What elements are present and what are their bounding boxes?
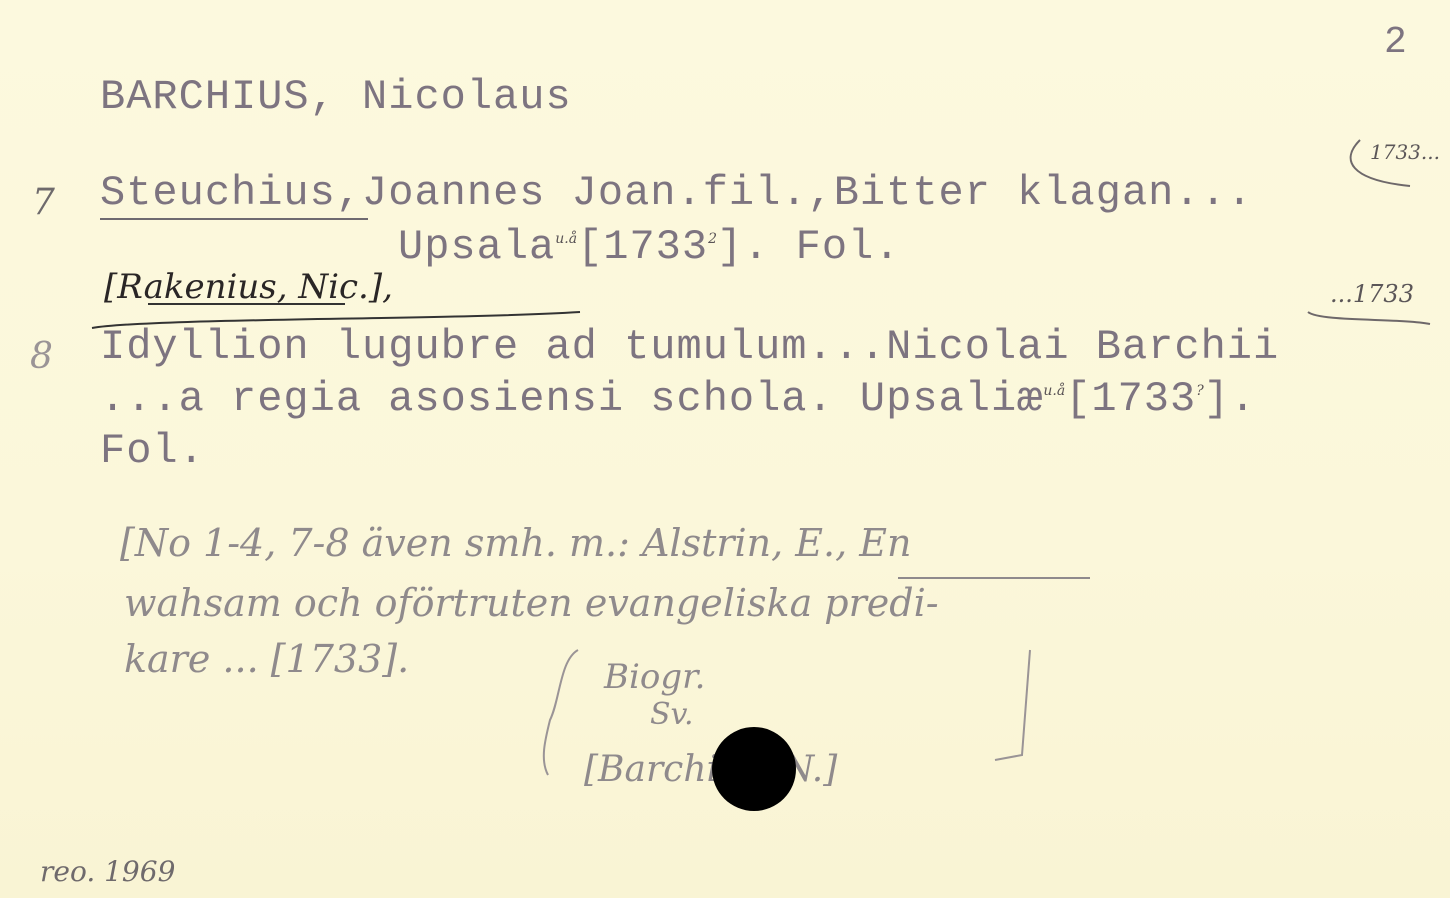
catalog-card: 2 BARCHIUS, Nicolaus 7 Steuchius,Joannes…	[0, 0, 1450, 898]
punch-hole	[712, 727, 796, 811]
